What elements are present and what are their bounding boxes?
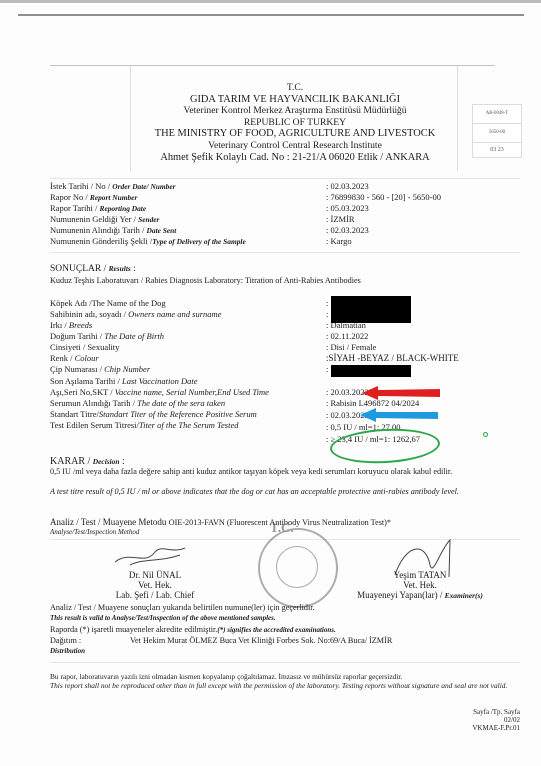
reporting-date-value: : 05.03.2023 (326, 203, 369, 213)
divider (50, 252, 520, 253)
page-footer: Sayfa /Tp. Sayfa 02/02 VKMAE-F.Pr.01 (420, 708, 520, 732)
seal-text: T.C. (270, 520, 294, 536)
accreditation-note: Raporda (*) işaretli muayeneler akredite… (50, 625, 336, 634)
report-number-value: : 76899830 - 560 - [20] - 5650-00 (326, 192, 441, 202)
decision-heading: KARAR / Decision : (50, 456, 125, 467)
distribution-value: Vet Hekim Murat ÖLMEZ Buca Vet Kliniği F… (130, 636, 392, 645)
header-tc: T.C. (130, 82, 460, 94)
signer-examiner: Yeşim TATAN Vet. Hek. Muayeneyi Yapan(la… (345, 570, 495, 601)
header-top-rule (50, 65, 495, 66)
breed-value: : Dalmatian (326, 320, 366, 330)
report-number-label: Rapor No / Report Number (50, 192, 137, 202)
birth-date-label: Doğum Tarihi / The Date of Birth (50, 331, 164, 341)
method-row: Analiz / Test / Muayene Metodu OIE-2013-… (50, 517, 391, 527)
header-address: Ahmet Şefik Kolaylı Cad. No : 21-21/A 06… (130, 152, 460, 164)
divider (50, 662, 520, 663)
red-arrow-icon (362, 386, 442, 400)
blue-arrow-icon (360, 408, 440, 422)
report-code: 5650-00 (472, 123, 522, 143)
institution-header: T.C. GIDA TARIM VE HAYVANCILIK BAKANLIĞI… (130, 82, 460, 163)
lab-line: Kuduz Teşhis Laboratuvarı / Rabies Diagn… (50, 276, 361, 285)
redaction-box (331, 365, 411, 377)
dog-name-label: Köpek Adı /The Name of the Dog (50, 298, 166, 308)
scanned-report-page: T.C. GIDA TARIM VE HAYVANCILIK BAKANLIĞI… (0, 0, 541, 766)
sender-value: : İZMİR (326, 214, 355, 224)
delivery-type-value: : Kargo (326, 236, 352, 246)
chip-number-value: : (326, 364, 328, 374)
green-dot (483, 432, 488, 437)
seal-crescent-icon (276, 546, 318, 588)
reporting-date-label: Rapor Tarihi / Reporting Date (50, 203, 146, 213)
colour-label: Renk / Colour (50, 353, 99, 363)
delivery-type-label: Numunenin Gönderiliş Şekli /Type of Deli… (50, 236, 246, 246)
header-institute-en: Veterinary Control Central Research Inst… (130, 140, 460, 152)
accreditation-code: AB-0048-T (472, 104, 522, 124)
decision-text-en: A test titre result of 0,5 IU / ml or ab… (50, 487, 520, 497)
header-ministry-tr: GIDA TARIM VE HAYVANCILIK BAKANLIĞI (130, 94, 460, 106)
scan-edge (0, 0, 541, 3)
chip-number-label: Çip Numarası / Chip Number (50, 364, 150, 374)
validity-note-tr: Analiz / Test / Muayene sonuçları yukarı… (50, 603, 315, 612)
signer-lab-chief: Dr. Nil ÜNAL Vet. Hek. Lab. Şefi / Lab. … (95, 570, 215, 600)
distribution-label-en: Distribution (50, 647, 85, 655)
date-sent-label: Numunenin Alındığı Tarih / Date Sent (50, 225, 176, 235)
dog-name-value: : (326, 298, 328, 308)
header-institute-tr: Veteriner Kontrol Merkez Araştırma Ensti… (130, 105, 460, 117)
colour-value: :SİYAH -BEYAZ / BLACK-WHITE (326, 353, 459, 363)
date-sent-value: : 02.03.2023 (326, 225, 369, 235)
signature-left-icon (110, 540, 190, 570)
last-vaccination-label: Son Aşılama Tarihi / Last Vaccination Da… (50, 376, 198, 386)
birth-date-value: : 02.11.2022 (326, 331, 368, 341)
redaction-box (331, 296, 411, 323)
distribution-label: Dağıtım : (50, 636, 81, 645)
results-heading: SONUÇLAR / Results : (50, 264, 136, 274)
official-seal: T.C. (258, 528, 338, 608)
decision-text-tr: 0,5 IU /ml veya daha fazla değere sahip … (50, 467, 520, 477)
sender-label: Numunenin Geldiği Yer / Sender (50, 214, 159, 224)
header-ministry-en: THE MINISTRY OF FOOD, AGRICULTURE AND LI… (130, 128, 460, 140)
method-label-en: Analyse/Test/Inspection Method (50, 528, 139, 536)
header-republic: REPUBLIC OF TURKEY (130, 117, 460, 129)
breed-label: Irkı / Breeds (50, 320, 92, 330)
sera-date-label: Serumun Alındığı Tarih / The date of the… (50, 398, 225, 408)
order-date-label: İstek Tarihi / No / Order Date/ Number (50, 181, 176, 191)
sex-label: Cinsiyeti / Sexuality (50, 342, 119, 352)
owner-value: : (326, 309, 328, 319)
owner-label: Sahibinin adı, soyadı / Owners name and … (50, 309, 221, 319)
date-code: 03 23 (472, 142, 522, 158)
sex-value: : Disi / Female (326, 342, 376, 352)
disclaimer: Bu rapor, laboratuvarın yazılı izni olma… (50, 672, 520, 690)
highlight-ellipse (329, 426, 441, 466)
divider (50, 178, 520, 179)
standard-titer-label: Standart Titre/Standart Titer of the Ref… (50, 409, 257, 419)
order-date-value: : 02.03.2023 (326, 181, 369, 191)
fold-line (18, 14, 524, 16)
tested-titer-label: Test Edilen Serum Titresi/Titer of the T… (50, 420, 238, 430)
validity-note-en: This result is valid to Analyse/Test/Ins… (50, 614, 276, 622)
vaccine-label: Aşı,Seri No,SKT / Vaccine name, Serial N… (50, 387, 269, 397)
